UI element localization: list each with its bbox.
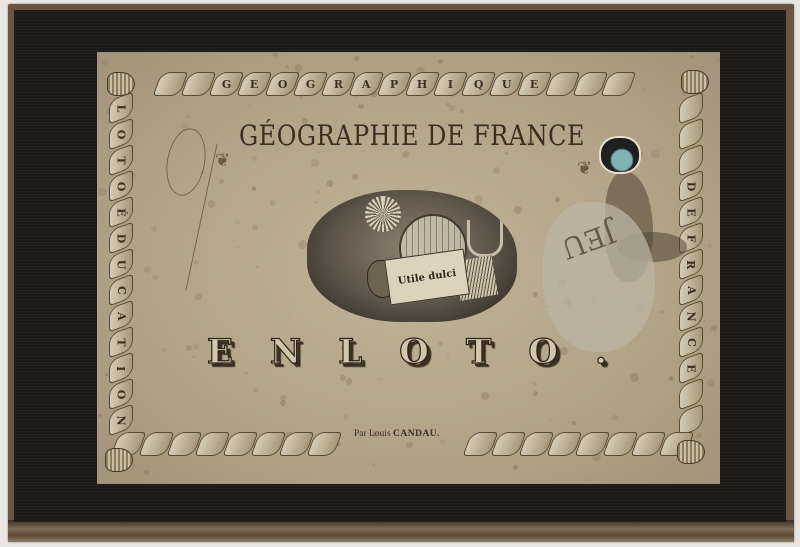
foxing-spot <box>493 167 500 174</box>
scroll-letter: U <box>502 78 512 91</box>
torn-hole <box>599 136 641 174</box>
scroll-letter: L <box>114 104 127 112</box>
foxing-spot <box>327 180 333 186</box>
foxing-spot <box>533 391 538 396</box>
scroll-letter: G <box>222 78 231 91</box>
scroll-letter: F <box>685 234 698 242</box>
foxing-spot <box>186 115 189 118</box>
foxing-spot <box>707 379 715 387</box>
sun-burst-icon <box>365 196 401 232</box>
scroll-letter: D <box>114 233 127 243</box>
foxing-spot <box>643 88 646 91</box>
foxing-spot <box>572 421 576 425</box>
foxing-spot <box>514 206 522 214</box>
scroll-letter: I <box>115 365 128 370</box>
scroll-letter: A <box>684 286 697 295</box>
foxing-spot <box>438 59 443 64</box>
foxing-spot <box>105 373 108 376</box>
author-prefix: Par Louis <box>354 429 391 439</box>
scroll-letter: Q <box>474 78 484 91</box>
foxing-spot <box>651 150 660 159</box>
foxing-spot <box>252 156 257 161</box>
big-letter: O <box>399 332 429 372</box>
foxing-spot <box>481 392 489 400</box>
big-letter: O <box>528 332 558 372</box>
foxing-spot <box>153 275 158 280</box>
foxing-spot <box>354 56 359 61</box>
foxing-spot <box>549 418 552 421</box>
right-scroll-border: DEFRANCE <box>679 96 703 434</box>
scroll-letter: T <box>115 338 128 346</box>
foxing-spot <box>99 414 102 417</box>
floral-ornament-left: ❦ <box>215 150 230 171</box>
foxing-spot <box>449 105 455 111</box>
foxing-spot <box>690 55 694 59</box>
foxing-spot <box>208 200 216 208</box>
foxing-spot <box>630 373 638 381</box>
scroll-letter: A <box>114 312 127 321</box>
scroll-letter: C <box>684 338 697 347</box>
scroll-letter: E <box>250 78 258 91</box>
scroll-letter: T <box>115 156 128 164</box>
author-name: CANDAU. <box>393 429 440 439</box>
scroll-letter: O <box>115 129 128 139</box>
big-word-en-loto: ENLOTO. <box>207 332 607 372</box>
foxing-spot <box>716 58 720 62</box>
foxing-spot <box>711 325 717 331</box>
foxing-spot <box>315 201 317 203</box>
foxing-spot <box>533 292 537 296</box>
tassel-ornament-top-left <box>107 72 135 96</box>
foxing-spot <box>316 190 320 194</box>
foxing-spot <box>195 293 202 300</box>
foxing-spot <box>311 159 319 167</box>
scroll-letter: E <box>684 364 697 372</box>
foxing-spot <box>372 463 375 466</box>
foxing-spot <box>102 60 109 67</box>
scroll-letter: E <box>684 208 697 216</box>
foxing-spot <box>162 348 166 352</box>
foxing-spot <box>460 109 464 113</box>
top-scroll-border: GEOGRAPHIQUE <box>157 72 633 96</box>
scroll-letter: R <box>334 78 343 91</box>
foxing-spot <box>186 345 192 351</box>
main-title: GÉOGRAPHIE DE FRANCE <box>237 120 587 152</box>
scroll-letter: N <box>115 415 128 425</box>
bottom-left-scroll-border <box>115 432 339 456</box>
foxing-spot <box>352 174 358 180</box>
foxing-spot <box>289 317 291 319</box>
author-credit: Par Louis CANDAU. <box>337 429 457 439</box>
scroll-letter: A <box>362 78 371 91</box>
foxing-spot <box>346 378 352 384</box>
foxing-spot <box>295 64 302 71</box>
foxing-spot <box>708 244 711 247</box>
left-scroll-border: LOTOÉDUCATION <box>109 96 133 434</box>
engraved-vignette: Utile dulci <box>307 190 517 322</box>
foxing-spot <box>704 320 706 322</box>
foxing-spot <box>252 186 257 191</box>
foxing-spot <box>244 372 248 376</box>
open-book-icon: Utile dulci <box>384 249 470 306</box>
paper-label: GEOGRAPHIQUE LOTOÉDUCATION DEFRANCE ❦ ❦ … <box>97 52 720 484</box>
foxing-spot <box>660 310 664 314</box>
foxing-spot <box>378 378 381 381</box>
bottom-right-scroll-border <box>467 432 691 456</box>
scroll-letter: H <box>417 78 427 91</box>
foxing-spot <box>440 439 445 444</box>
foxing-spot <box>358 104 364 110</box>
foxing-spot <box>193 343 200 350</box>
book-motto: Utile dulci <box>397 267 457 286</box>
scroll-letter: P <box>390 78 398 91</box>
floral-ornament-right: ❦ <box>577 158 592 179</box>
scroll-letter: O <box>115 389 128 399</box>
scroll-letter: N <box>685 311 698 321</box>
foxing-spot <box>249 104 251 106</box>
foxing-spot <box>343 414 349 420</box>
scroll-letter: I <box>448 78 453 91</box>
foxing-spot <box>669 376 674 381</box>
tassel-ornament-bottom-right <box>677 440 705 464</box>
big-letter: T <box>466 332 491 372</box>
foxing-spot <box>236 246 239 249</box>
scroll-letter: U <box>115 259 128 269</box>
foxing-spot <box>298 240 307 249</box>
foxing-spot <box>532 381 537 386</box>
foxing-spot <box>505 152 508 155</box>
scroll-letter: D <box>684 181 697 191</box>
foxing-spot <box>252 225 257 230</box>
foxing-spot <box>194 260 199 265</box>
foxing-spot <box>256 266 258 268</box>
scroll-letter: O <box>278 78 288 91</box>
scroll-letter: É <box>114 208 127 216</box>
scroll-letter: R <box>685 259 698 268</box>
foxing-spot <box>280 400 286 406</box>
tassel-ornament-top-right <box>681 70 709 94</box>
foxing-spot <box>144 266 151 273</box>
foxing-spot <box>585 478 587 480</box>
foxing-spot <box>555 197 560 202</box>
foxing-spot <box>235 220 240 225</box>
big-letter: E <box>207 332 233 372</box>
foxing-spot <box>193 356 195 358</box>
foxing-spot <box>253 388 258 393</box>
foxing-spot <box>406 442 413 449</box>
foxing-spot <box>286 65 289 68</box>
big-letter: N <box>270 332 301 372</box>
foxing-spot <box>513 465 518 470</box>
foxing-spot <box>612 415 618 421</box>
foxing-spot <box>300 96 303 99</box>
tassel-ornament-bottom-left <box>105 448 133 472</box>
scroll-letter: C <box>114 286 127 295</box>
lyre-icon <box>467 220 503 257</box>
scroll-letter: O <box>115 181 128 191</box>
big-letter: L <box>338 332 362 372</box>
foxing-spot <box>270 200 276 206</box>
foxing-spot <box>98 188 107 197</box>
scroll-letter: E <box>530 78 538 91</box>
foxing-spot <box>273 52 278 57</box>
box-bottom-edge <box>8 520 794 542</box>
scroll-letter: G <box>306 78 315 91</box>
foxing-spot <box>151 225 157 231</box>
foxing-spot <box>144 470 149 475</box>
